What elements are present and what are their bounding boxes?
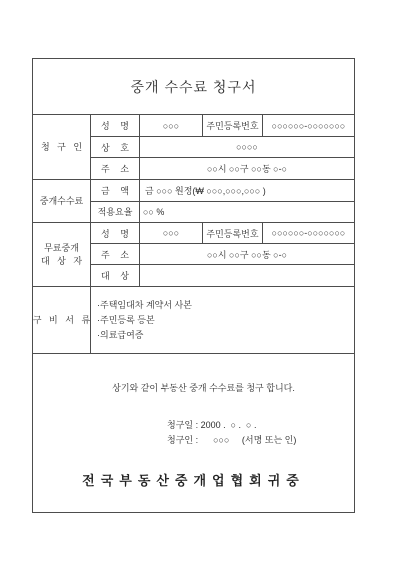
free-brokerage-rrn-value: ○○○○○○-○○○○○○○ <box>263 223 354 243</box>
document-item: ·주민등록 등본 <box>97 313 354 328</box>
claimant-signature-line: 청구인 : ○○○ (서명 또는 인) <box>167 433 296 448</box>
claimant-rows: 성 명 ○○○ 주민등록번호 ○○○○○○-○○○○○○○ 상 호 ○○○○ 주… <box>91 115 354 179</box>
fee-section: 중개수수료 금 액 금 ○○○ 원정(₩ ○○○,○○○,○○○ ) 적용요율 … <box>33 180 354 223</box>
claimant-section-label: 청 구 인 <box>33 115 91 179</box>
closing-date-block: 청구일 : 2000 . ○ . ○ . 청구인 : ○○○ (서명 또는 인) <box>167 418 296 448</box>
free-brokerage-label-line2: 대 상 자 <box>41 255 82 268</box>
fee-amount-value: 금 ○○○ 원정(₩ ○○○,○○○,○○○ ) <box>140 180 354 201</box>
fee-amount-row: 금 액 금 ○○○ 원정(₩ ○○○,○○○,○○○ ) <box>91 180 354 202</box>
free-brokerage-target-value <box>140 265 354 286</box>
claimant-section-label-text: 청 구 인 <box>41 141 82 154</box>
free-brokerage-target-row: 대 상 <box>91 265 354 286</box>
closing-statement: 상기와 같이 부동산 중개 수수료를 청구 합니다. <box>53 381 354 394</box>
fee-rate-label: 적용요율 <box>91 202 140 223</box>
documents-section: 구 비 서 류 ·주택임대차 계약서 사본 ·주민등록 등본 ·의료급여증 <box>33 287 354 354</box>
claimant-address-row: 주 소 ○○시 ○○구 ○○동 ○-○ <box>91 158 354 179</box>
recipient-organization: 전국부동산중개업협회귀중 <box>33 470 354 489</box>
claimant-rrn-label: 주민등록번호 <box>203 115 263 136</box>
documents-list: ·주택임대차 계약서 사본 ·주민등록 등본 ·의료급여증 <box>91 287 354 353</box>
free-brokerage-section-label: 무료중개 대 상 자 <box>33 223 91 286</box>
document-item: ·주택임대차 계약서 사본 <box>97 298 354 313</box>
free-brokerage-address-label: 주 소 <box>91 244 140 264</box>
free-brokerage-name-label: 성 명 <box>91 223 140 243</box>
claimant-name-row: 성 명 ○○○ 주민등록번호 ○○○○○○-○○○○○○○ <box>91 115 354 137</box>
free-brokerage-rrn-label: 주민등록번호 <box>203 223 263 243</box>
claimant-company-label: 상 호 <box>91 137 140 157</box>
fee-section-label-text: 중개수수료 <box>40 195 83 208</box>
claimant-rrn-value: ○○○○○○-○○○○○○○ <box>263 115 354 136</box>
claimant-address-value: ○○시 ○○구 ○○동 ○-○ <box>140 158 354 179</box>
document-title: 중개 수수료 청구서 <box>33 59 354 115</box>
claimant-company-row: 상 호 ○○○○ <box>91 137 354 158</box>
free-brokerage-label-line1: 무료중개 <box>44 242 79 255</box>
fee-rate-row: 적용요율 ○○ % <box>91 202 354 223</box>
free-brokerage-address-value: ○○시 ○○구 ○○동 ○-○ <box>140 244 354 264</box>
free-brokerage-rows: 성 명 ○○○ 주민등록번호 ○○○○○○-○○○○○○○ 주 소 ○○시 ○○… <box>91 223 354 286</box>
fee-rows: 금 액 금 ○○○ 원정(₩ ○○○,○○○,○○○ ) 적용요율 ○○ % <box>91 180 354 222</box>
claimant-section: 청 구 인 성 명 ○○○ 주민등록번호 ○○○○○○-○○○○○○○ 상 호 … <box>33 115 354 180</box>
claimant-name-value: ○○○ <box>140 115 203 136</box>
documents-section-label: 구 비 서 류 <box>33 287 91 353</box>
free-brokerage-section: 무료중개 대 상 자 성 명 ○○○ 주민등록번호 ○○○○○○-○○○○○○○… <box>33 223 354 287</box>
document-page: 중개 수수료 청구서 청 구 인 성 명 ○○○ 주민등록번호 ○○○○○○-○… <box>0 0 400 566</box>
free-brokerage-name-value: ○○○ <box>140 223 203 243</box>
claimant-address-label: 주 소 <box>91 158 140 179</box>
claimant-company-value: ○○○○ <box>140 137 354 157</box>
free-brokerage-address-row: 주 소 ○○시 ○○구 ○○동 ○-○ <box>91 244 354 265</box>
document-item: ·의료급여증 <box>97 328 354 343</box>
free-brokerage-target-label: 대 상 <box>91 265 140 286</box>
claimant-name-label: 성 명 <box>91 115 140 136</box>
documents-section-label-text: 구 비 서 류 <box>33 314 90 327</box>
closing-section: 상기와 같이 부동산 중개 수수료를 청구 합니다. 청구일 : 2000 . … <box>33 354 354 512</box>
invoice-form-frame: 중개 수수료 청구서 청 구 인 성 명 ○○○ 주민등록번호 ○○○○○○-○… <box>32 58 355 513</box>
fee-rate-value: ○○ % <box>140 202 354 223</box>
claim-date-line: 청구일 : 2000 . ○ . ○ . <box>167 418 296 433</box>
fee-amount-label: 금 액 <box>91 180 140 201</box>
free-brokerage-name-row: 성 명 ○○○ 주민등록번호 ○○○○○○-○○○○○○○ <box>91 223 354 244</box>
fee-section-label: 중개수수료 <box>33 180 91 222</box>
